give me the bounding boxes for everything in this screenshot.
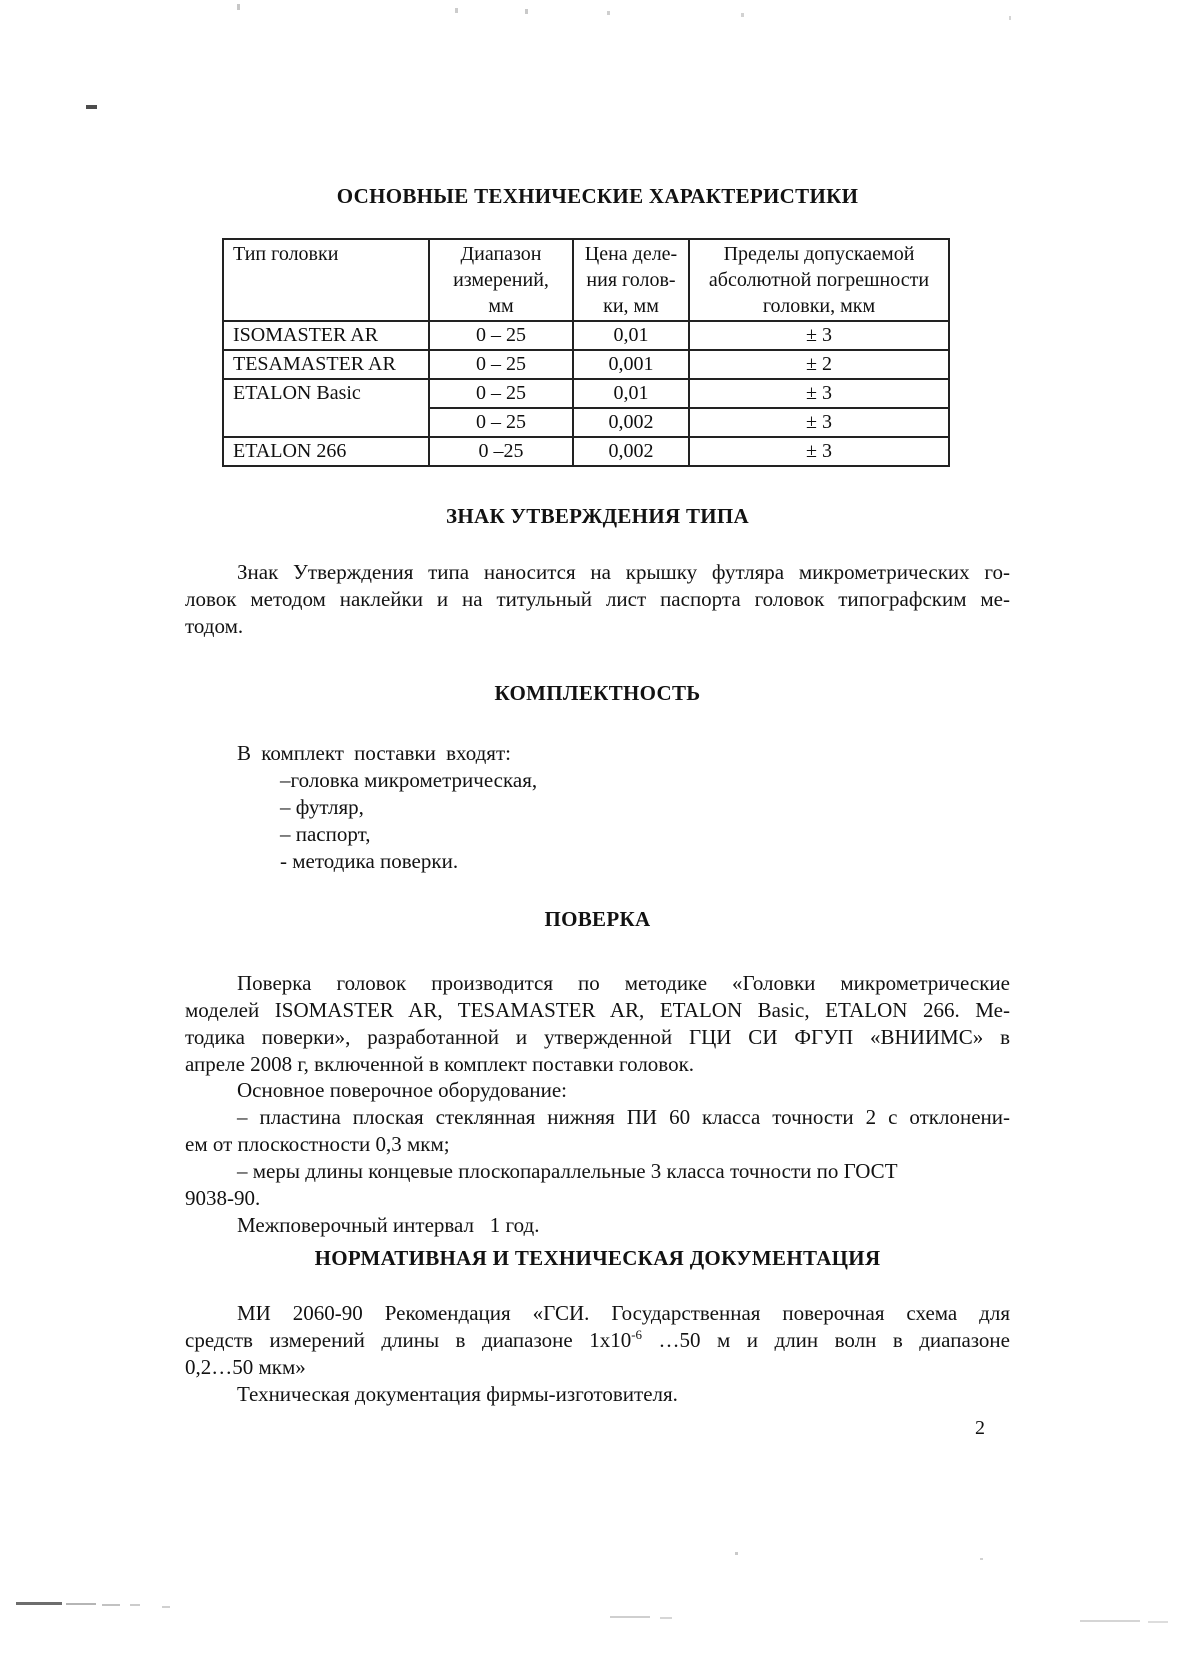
section-heading-verification: ПОВЕРКА <box>185 906 1010 933</box>
cell-error: ± 2 <box>689 350 949 379</box>
cell-error: ± 3 <box>689 379 949 408</box>
superscript-exponent: -6 <box>631 1327 642 1342</box>
col-header-error: Пределы допускаемой абсолютной погрешнос… <box>689 239 949 321</box>
cell-range: 0 – 25 <box>429 408 573 437</box>
document-page: ОСНОВНЫЕ ТЕХНИЧЕСКИЕ ХАРАКТЕРИСТИКИ Тип … <box>0 0 1198 1670</box>
paragraph-line: 0,2…50 мкм» <box>185 1354 1010 1381</box>
page-title: ОСНОВНЫЕ ТЕХНИЧЕСКИЕ ХАРАКТЕРИСТИКИ <box>185 183 1010 210</box>
paragraph-line: МИ 2060-90 Рекомендация «ГСИ. Государств… <box>185 1300 1010 1327</box>
paragraph-line: Поверка головок производится по методике… <box>185 970 1010 997</box>
cell-range: 0 –25 <box>429 437 573 466</box>
cell-division: 0,002 <box>573 408 689 437</box>
col-header-division: Цена деле- ния голов- ки, мм <box>573 239 689 321</box>
equipment-intro: Основное поверочное оборудование: <box>185 1077 1010 1104</box>
paragraph-line: тодом. <box>185 613 1010 640</box>
scan-artifact <box>455 8 458 13</box>
scan-artifact <box>130 1604 140 1606</box>
paragraph-line: – меры длины концевые плоскопараллельные… <box>185 1158 1010 1185</box>
paragraph-line: апреле 2008 г, включенной в комплект пос… <box>185 1051 1010 1078</box>
scan-artifact <box>16 1602 62 1605</box>
scan-artifact <box>162 1606 170 1608</box>
paragraph-line: ловок методом наклейки и на титульный ли… <box>185 586 1010 613</box>
table-row: ISOMASTER AR 0 – 25 0,01 ± 3 <box>223 321 949 350</box>
col-header-range: Диапазон измерений, мм <box>429 239 573 321</box>
scan-artifact <box>1148 1621 1168 1623</box>
table-row: ETALON 266 0 –25 0,002 ± 3 <box>223 437 949 466</box>
verification-interval: Межповерочный интервал 1 год. <box>185 1212 1010 1239</box>
paragraph-line: моделей ISOMASTER AR, TESAMASTER AR, ETA… <box>185 997 1010 1024</box>
cell-error: ± 3 <box>689 408 949 437</box>
paragraph-line: тодика поверки», разработанной и утвержд… <box>185 1024 1010 1051</box>
equipment-item: – меры длины концевые плоскопараллельные… <box>185 1158 1010 1212</box>
col-header-type: Тип головки <box>223 239 429 321</box>
table-row: ETALON Basic 0 – 25 0,01 ± 3 <box>223 379 949 408</box>
documentation-footer-line: Техническая документация фирмы-изготовит… <box>185 1381 1010 1408</box>
cell-range: 0 – 25 <box>429 350 573 379</box>
section-heading-documentation: НОРМАТИВНАЯ И ТЕХНИЧЕСКАЯ ДОКУМЕНТАЦИЯ <box>185 1245 1010 1272</box>
scan-artifact <box>1009 16 1011 20</box>
scan-artifact <box>735 1552 738 1555</box>
cell-error: ± 3 <box>689 437 949 466</box>
paragraph-line: Техническая документация фирмы-изготовит… <box>185 1381 1010 1408</box>
scan-artifact <box>237 4 240 10</box>
scan-artifact <box>86 105 97 109</box>
paragraph-line: Основное поверочное оборудование: <box>185 1077 1010 1104</box>
paragraph-line: ем от плоскостности 0,3 мкм; <box>185 1131 1010 1158</box>
list-item: - методика поверки. <box>185 848 1010 875</box>
cell-range: 0 – 25 <box>429 379 573 408</box>
verification-paragraph: Поверка головок производится по методике… <box>185 970 1010 1078</box>
list-item: –головка микрометрическая, <box>185 767 1010 794</box>
scan-artifact <box>525 9 528 14</box>
paragraph-line: 9038-90. <box>185 1185 1010 1212</box>
cell-division: 0,01 <box>573 321 689 350</box>
cell-type: ETALON 266 <box>223 437 429 466</box>
cell-type: ETALON Basic <box>223 379 429 437</box>
cell-type: ISOMASTER AR <box>223 321 429 350</box>
cell-range: 0 – 25 <box>429 321 573 350</box>
cell-error: ± 3 <box>689 321 949 350</box>
scan-artifact <box>1080 1620 1140 1622</box>
paragraph-line: Межповерочный интервал 1 год. <box>185 1212 1010 1239</box>
table-header-row: Тип головки Диапазон измерений, мм Цена … <box>223 239 949 321</box>
cell-division: 0,001 <box>573 350 689 379</box>
cell-division: 0,01 <box>573 379 689 408</box>
paragraph-line: средств измерений длины в диапазоне 1х10… <box>185 1327 1010 1354</box>
scan-artifact <box>607 11 610 15</box>
paragraph-line: – пластина плоская стеклянная нижняя ПИ … <box>185 1104 1010 1131</box>
page-number: 2 <box>975 1417 985 1440</box>
scan-artifact <box>660 1617 672 1619</box>
documentation-paragraph: МИ 2060-90 Рекомендация «ГСИ. Государств… <box>185 1300 1010 1381</box>
paragraph-line: Знак Утверждения типа наносится на крышк… <box>185 559 1010 586</box>
spec-table: Тип головки Диапазон измерений, мм Цена … <box>222 238 950 467</box>
scan-artifact <box>102 1604 120 1606</box>
cell-division: 0,002 <box>573 437 689 466</box>
completeness-list: –головка микрометрическая, – футляр, – п… <box>185 767 1010 875</box>
equipment-item: – пластина плоская стеклянная нижняя ПИ … <box>185 1104 1010 1158</box>
section-heading-approval: ЗНАК УТВЕРЖДЕНИЯ ТИПА <box>185 503 1010 530</box>
scan-artifact <box>980 1558 983 1560</box>
list-item: – паспорт, <box>185 821 1010 848</box>
list-item: – футляр, <box>185 794 1010 821</box>
text-fragment: …50 м и длин волн в диапазоне <box>642 1328 1010 1352</box>
section-heading-completeness: КОМПЛЕКТНОСТЬ <box>185 680 1010 707</box>
text-fragment: средств измерений длины в диапазоне 1х10 <box>185 1328 631 1352</box>
table-row: TESAMASTER AR 0 – 25 0,001 ± 2 <box>223 350 949 379</box>
scan-artifact <box>66 1603 96 1605</box>
cell-type: TESAMASTER AR <box>223 350 429 379</box>
approval-paragraph: Знак Утверждения типа наносится на крышк… <box>185 559 1010 640</box>
paragraph-line: В комплект поставки входят: <box>185 740 1010 767</box>
completeness-intro: В комплект поставки входят: <box>185 740 1010 767</box>
scan-artifact <box>610 1616 650 1618</box>
scan-artifact <box>741 13 744 17</box>
